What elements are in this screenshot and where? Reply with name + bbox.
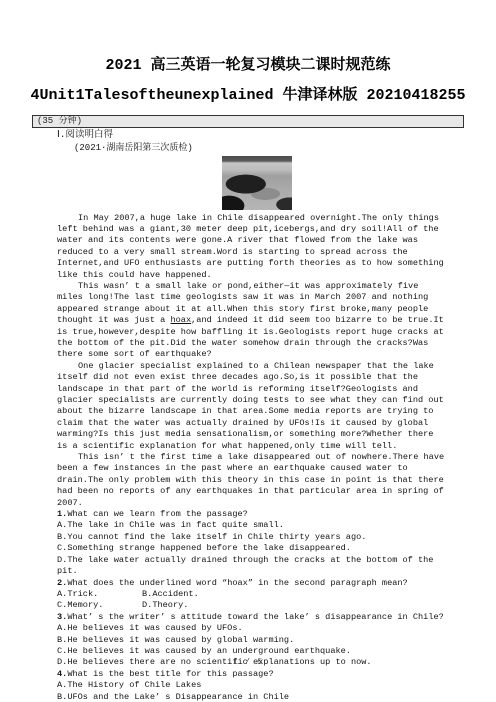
passage-paragraph-4: This isn’ t the first time a lake disapp… (57, 452, 447, 509)
question-4-text: What is the best title for this passage? (67, 669, 273, 679)
passage-paragraph-3: One glacier specialist explained to a Ch… (57, 361, 447, 452)
passage-source: (2021·湖南岳阳第三次质检) (74, 142, 447, 154)
document-title-line1: 2021 高三英语一轮复习模块二课时规范练 (0, 58, 496, 74)
question-2-options-ab: A.Trick.B.Accident. (57, 589, 447, 600)
question-2-number: 2. (57, 578, 67, 588)
exam-document-page: 2021 高三英语一轮复习模块二课时规范练 4Unit1Talesoftheun… (0, 0, 496, 702)
document-title-line2: 4Unit1Talesoftheunexplained 牛津译林版 202104… (0, 88, 496, 104)
question-4-option-a: A.The History of Chile Lakes (57, 680, 447, 691)
question-3-option-a: A.He believes it was caused by UFOs. (57, 623, 447, 634)
question-1: 1.What can we learn from the passage? (57, 509, 447, 520)
question-3-option-b: B.He believes it was caused by global wa… (57, 635, 447, 646)
question-1-option-d: D.The lake water actually drained throug… (57, 555, 447, 578)
question-2-option-c: C.Memory. (57, 600, 142, 611)
page-number: 1 / 5 (0, 657, 496, 667)
question-1-option-b: B.You cannot find the lake itself in Chi… (57, 532, 447, 543)
question-2: 2.What does the underlined word “hoax” i… (57, 578, 447, 589)
question-3: 3.What’ s the writer’ s attitude toward … (57, 612, 447, 623)
time-limit-box: (35 分钟) (32, 115, 464, 128)
question-2-option-b: B.Accident. (142, 589, 199, 599)
question-1-number: 1. (57, 509, 67, 519)
document-body: Ⅰ.阅读明白得 (2021·湖南岳阳第三次质检) In May 2007,a h… (57, 129, 447, 702)
question-1-option-c: C.Something strange happened before the … (57, 543, 447, 554)
question-2-options-cd: C.Memory.D.Theory. (57, 600, 447, 611)
question-2-option-a: A.Trick. (57, 589, 142, 600)
question-4-number: 4. (57, 669, 67, 679)
passage-paragraph-2: This wasn’ t a small lake or pond,either… (57, 281, 447, 361)
lake-crater-photo (222, 156, 292, 210)
question-4: 4.What is the best title for this passag… (57, 669, 447, 680)
time-limit-label: (35 分钟) (37, 116, 82, 126)
question-1-option-a: A.The lake in Chile was in fact quite sm… (57, 520, 447, 531)
question-2-text: What does the underlined word “hoax” in … (67, 578, 407, 588)
question-2-option-d: D.Theory. (142, 600, 188, 610)
underlined-word-hoax: hoax (170, 315, 191, 325)
question-3-text: What’ s the writer’ s attitude toward th… (67, 612, 443, 622)
question-3-number: 3. (57, 612, 67, 622)
section-heading: Ⅰ.阅读明白得 (57, 129, 447, 142)
passage-paragraph-1: In May 2007,a huge lake in Chile disappe… (57, 213, 447, 281)
document-header: 2021 高三英语一轮复习模块二课时规范练 4Unit1Talesoftheun… (0, 0, 496, 104)
question-4-option-b: B.UFOs and the Lake’ s Disappearance in … (57, 692, 447, 702)
question-3-option-c: C.He believes it was caused by an underg… (57, 646, 447, 657)
question-1-text: What can we learn from the passage? (67, 509, 248, 519)
